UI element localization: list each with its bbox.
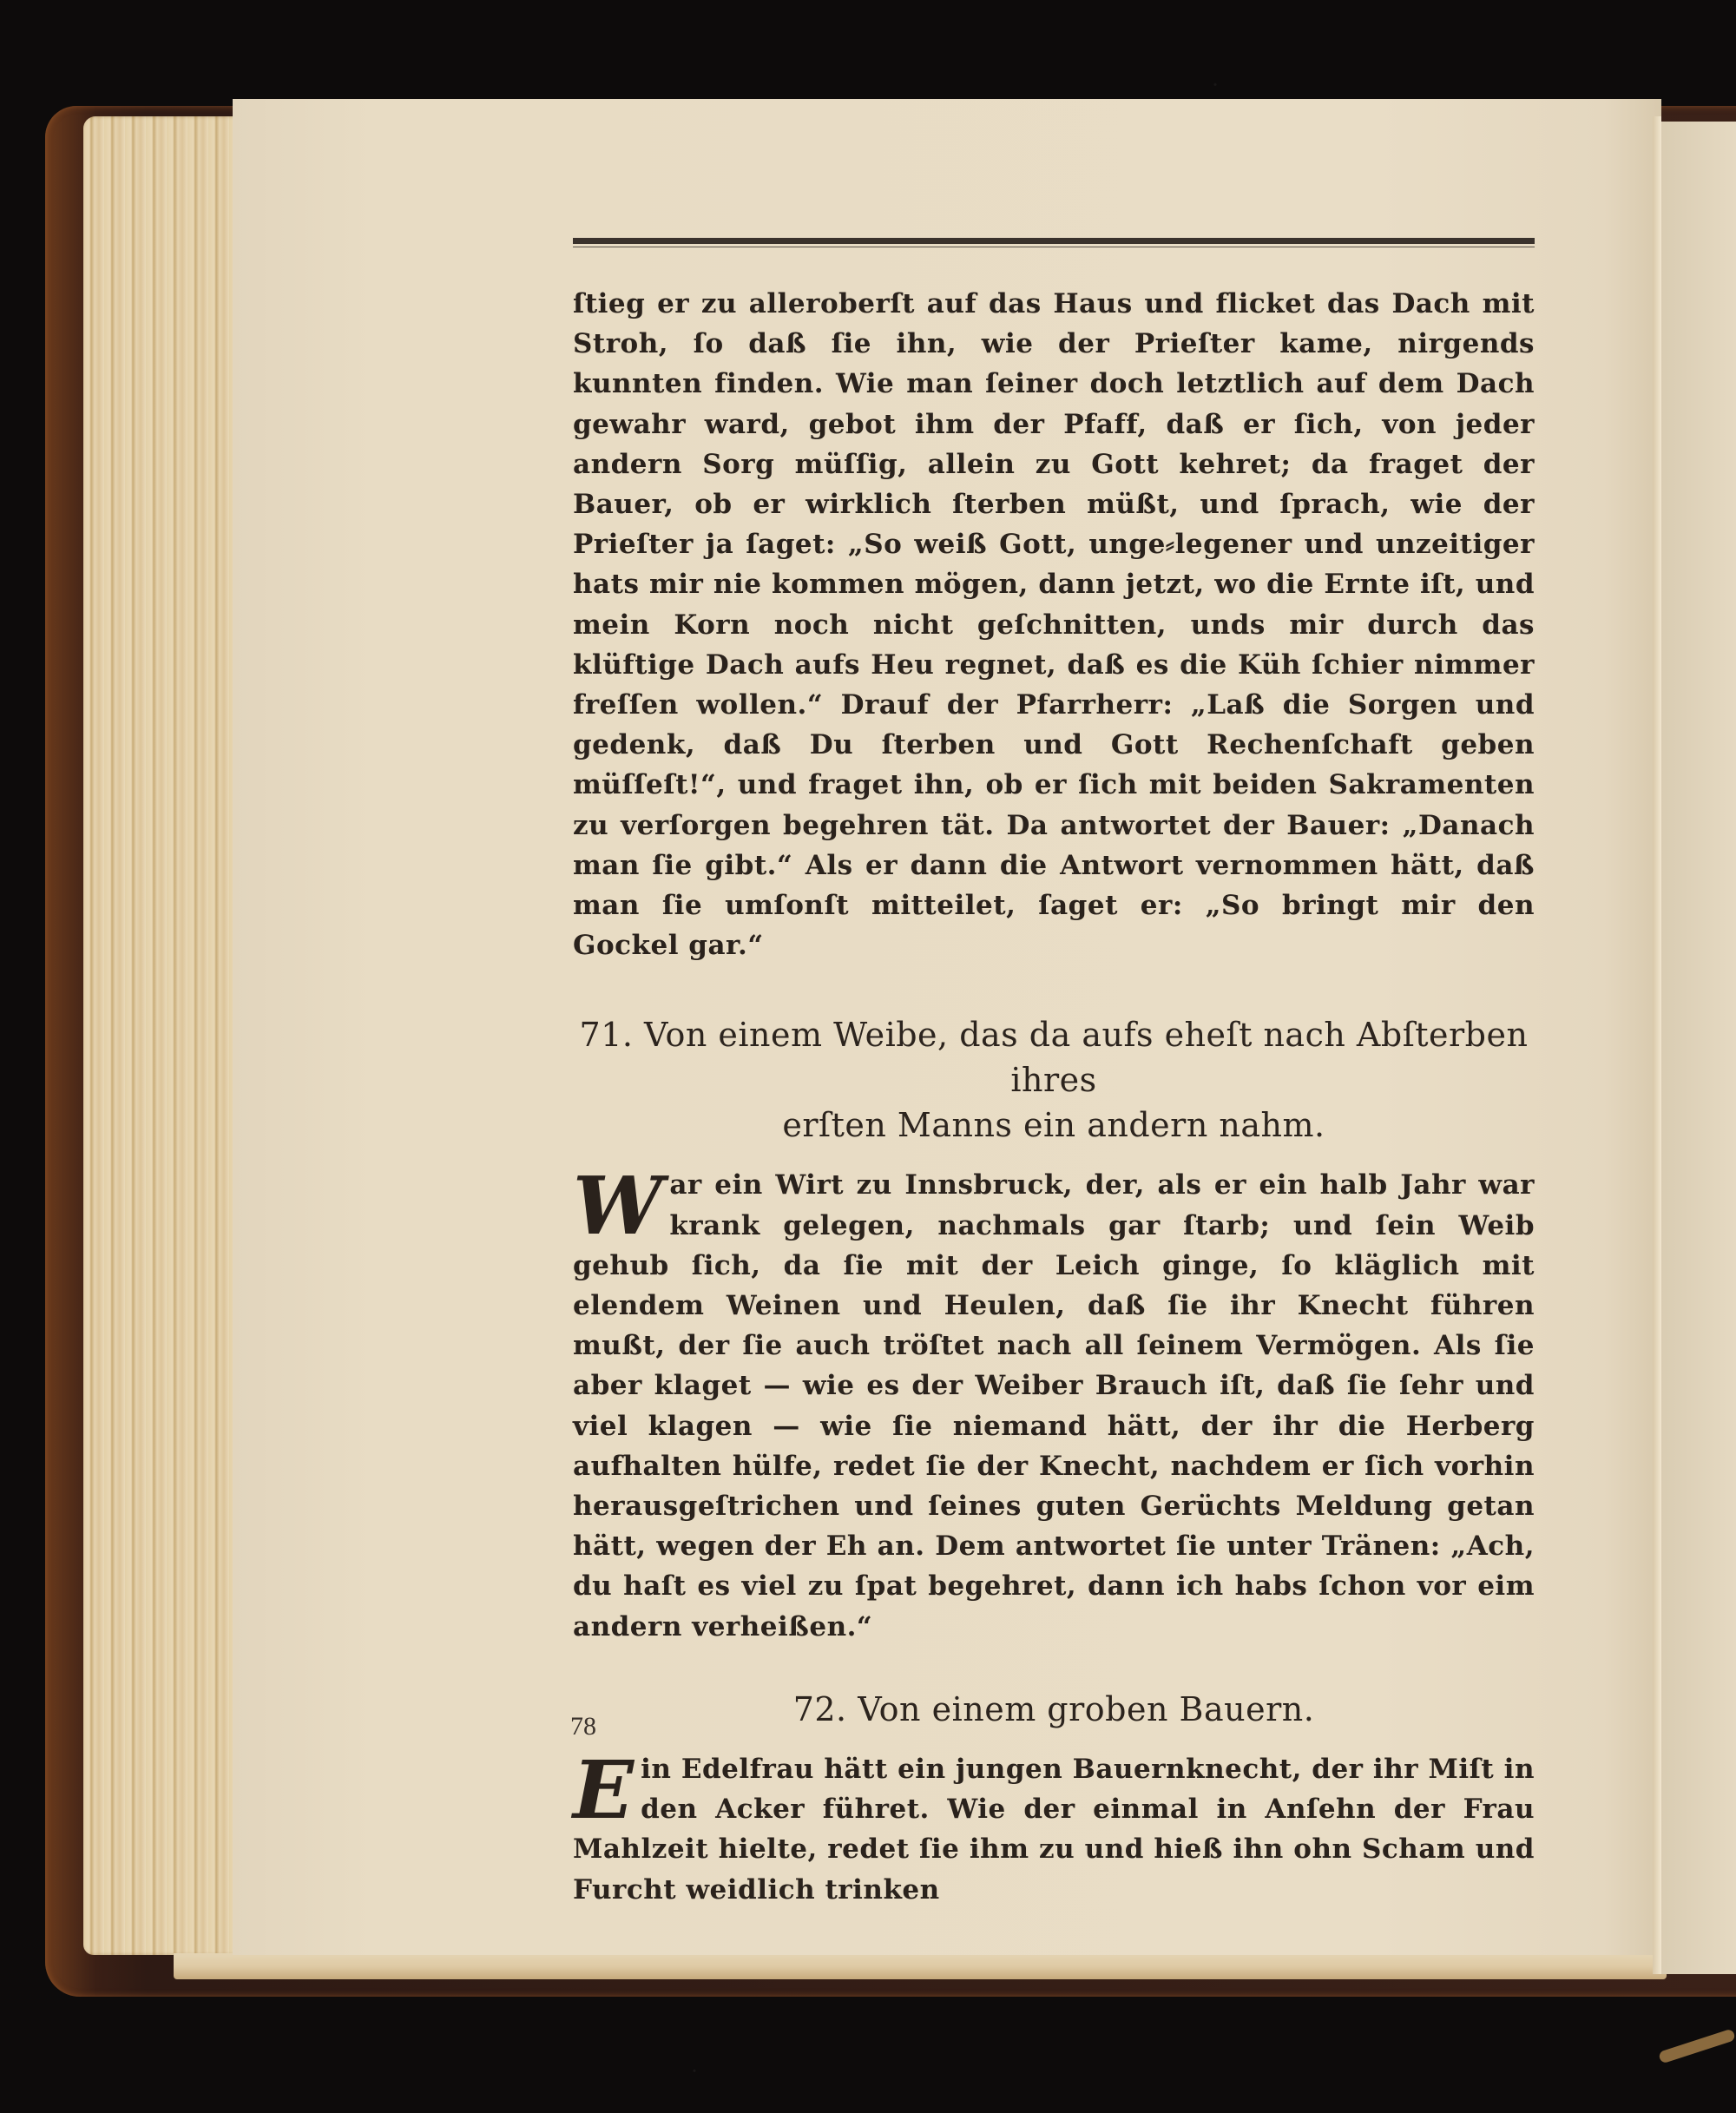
drop-cap-w: W xyxy=(573,1170,662,1243)
story-72-paragraph: E in Edelfrau hätt ein jungen Bauernknec… xyxy=(573,1749,1535,1910)
story-71-title-line2: erſten Manns ein andern nahm. xyxy=(573,1103,1535,1148)
continuation-paragraph: ſtieg er zu alleroberſt auf das Haus und… xyxy=(573,284,1535,965)
story-71-title: 71. Von einem Weibe, das da aufs eheſt n… xyxy=(573,1012,1535,1148)
story-72-text: in Edelfrau hätt ein jungen Bauernknecht… xyxy=(573,1749,1535,1910)
page-gutter xyxy=(1653,116,1661,1974)
story-72-title: 72. Von einem groben Bauern. xyxy=(573,1687,1535,1732)
page-edges-stack xyxy=(83,116,240,1955)
story-71-title-line1: 71. Von einem Weibe, das da aufs eheſt n… xyxy=(573,1012,1535,1103)
page-number: 78 xyxy=(570,1712,596,1741)
story-71-text: ar ein Wirt zu Innsbruck, der, als er ei… xyxy=(573,1165,1535,1646)
story-72-title-line1: 72. Von einem groben Bauern. xyxy=(573,1687,1535,1732)
header-rule xyxy=(573,238,1535,244)
text-block: ſtieg er zu alleroberſt auf das Haus und… xyxy=(573,234,1535,1910)
facing-page-edge xyxy=(1660,122,1736,1974)
story-71-paragraph: W ar ein Wirt zu Innsbruck, der, als er … xyxy=(573,1165,1535,1646)
header-rule-thin xyxy=(573,247,1535,247)
page-bottom-edges xyxy=(174,1953,1667,1979)
drop-cap-e: E xyxy=(573,1754,634,1827)
